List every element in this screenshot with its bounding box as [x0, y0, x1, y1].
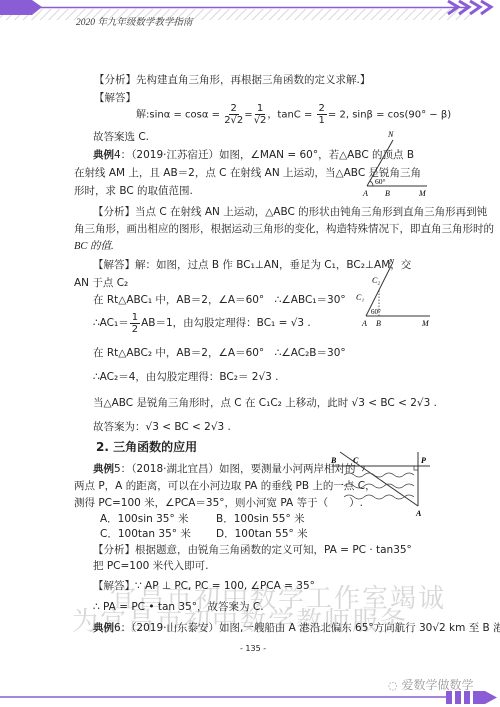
conclusion-text: 故答案选 C. [93, 130, 149, 144]
svg-text:P: P [421, 456, 426, 465]
svg-text:60°: 60° [371, 308, 381, 316]
example-4-solution-4: ∴AC₁＝12AB＝1，由勾股定理得：BC₁ = √3 . [93, 311, 311, 335]
example-4-solution-8: 故答案为：√3 < BC < 2√3 . [93, 420, 231, 434]
footer-decoration [0, 688, 500, 707]
example-5-line-1: 典例5：（2018·湖北宜昌）如图，要测量小河两岸相对的 [93, 462, 356, 476]
section-title: 2. 三角函数的应用 [96, 440, 197, 454]
example-4-analysis-1: 【分析】当点 C 在射线 AN 上运动，△ABC 的形状由钝角三角形到直角三角形… [93, 205, 487, 219]
example-5-analysis-2: 把 PC=100 米代入即可. [93, 559, 209, 573]
svg-text:N: N [388, 258, 395, 266]
example-4-solution-7: 当△ABC 是锐角三角形时，点 C 在 C₁C₂ 上移动，此时 √3 < BC … [93, 396, 437, 410]
svg-text:A: A [362, 189, 368, 198]
figure-angle-man-c1-c2: N C₂ C₁ 60° A B M [352, 258, 447, 328]
answer-label: 【解答】 [94, 91, 136, 105]
header-title: 2020 年九年级数学教学指南 [76, 16, 192, 30]
fraction: 21 [317, 103, 327, 126]
example-4-solution-3: 在 Rt△ABC₁ 中，AB＝2，∠A＝60° ∴∠ABC₁＝30° [93, 293, 346, 307]
example-5-solution-2: ∴ PA = PC • tan 35°，故答案为 C. [93, 600, 264, 614]
example-4-solution-2: AN 于点 C₂ [74, 276, 128, 290]
example-5-analysis-1: 【分析】根据题意，由锐角三角函数的定义可知，PA = PC · tan35° [93, 543, 412, 557]
figure-river: B C P A [330, 448, 445, 520]
svg-text:B: B [330, 456, 337, 465]
example-label: 典例 [93, 622, 114, 634]
example-label: 典例 [93, 149, 114, 161]
svg-text:C₂: C₂ [372, 276, 380, 285]
option-c: C．100tan 35° 米 [100, 527, 191, 541]
svg-text:60°: 60° [375, 177, 386, 186]
svg-text:A: A [415, 509, 422, 518]
figure-angle-man: N 60° A B M [355, 128, 445, 198]
option-b: B．100sin 55° 米 [216, 512, 305, 526]
example-4-line-3: 形时，求 BC 的取值范围. [74, 184, 193, 198]
svg-text:C₁: C₁ [356, 293, 364, 302]
formula-prefix: 解:sinα = cosα = [136, 110, 220, 121]
example-label: 典例 [93, 463, 114, 475]
svg-text:M: M [418, 189, 427, 198]
example-4-analysis-3: BC 的值. [74, 240, 114, 254]
fraction: 12 [130, 312, 140, 335]
example-4-solution-5: 在 Rt△ABC₂ 中，AB＝2，∠A＝60° ∴∠AC₂B＝30° [93, 346, 346, 360]
page-number: - 135 - [240, 642, 266, 656]
example-6-line-1: 典例6：（2019·山东泰安）如图,一艘船由 A 港沿北偏东 65°方向航行 3… [93, 621, 500, 635]
svg-text:B: B [376, 319, 381, 328]
svg-text:N: N [387, 130, 394, 139]
example-5-solution-1: 【解答】∵ AP ⊥ PC, PC = 100, ∠PCA = 35° [93, 579, 315, 593]
option-a: A．100sin 35° 米 [100, 512, 189, 526]
svg-text:M: M [421, 319, 430, 328]
formula-line: 解:sinα = cosα = 22√2=1√2，tanC = 21= 2, s… [136, 103, 451, 128]
svg-text:B: B [385, 189, 390, 198]
analysis-text: 【分析】先构建直角三角形，再根据三角函数的定义求解.】 [94, 73, 370, 87]
header-decoration [0, 0, 500, 20]
option-d: D．100tan 55° 米 [216, 527, 308, 541]
example-4-analysis-2: 角三角形，画出相应的图形，根据运动三角形的变化，构造特殊情况下，即直角三角形时的 [74, 222, 494, 236]
example-5-line-3: 测得 PC=100 米，∠PCA＝35°，则小河宽 PA 等于（ ）. [74, 496, 363, 510]
svg-text:A: A [361, 319, 367, 328]
example-4-solution-6: ∴AC₂＝4，由勾股定理得：BC₂＝ 2√3 . [93, 370, 279, 384]
svg-text:C: C [353, 456, 359, 465]
fraction: 22√2 [224, 103, 243, 126]
fraction: 1√2 [254, 103, 267, 126]
